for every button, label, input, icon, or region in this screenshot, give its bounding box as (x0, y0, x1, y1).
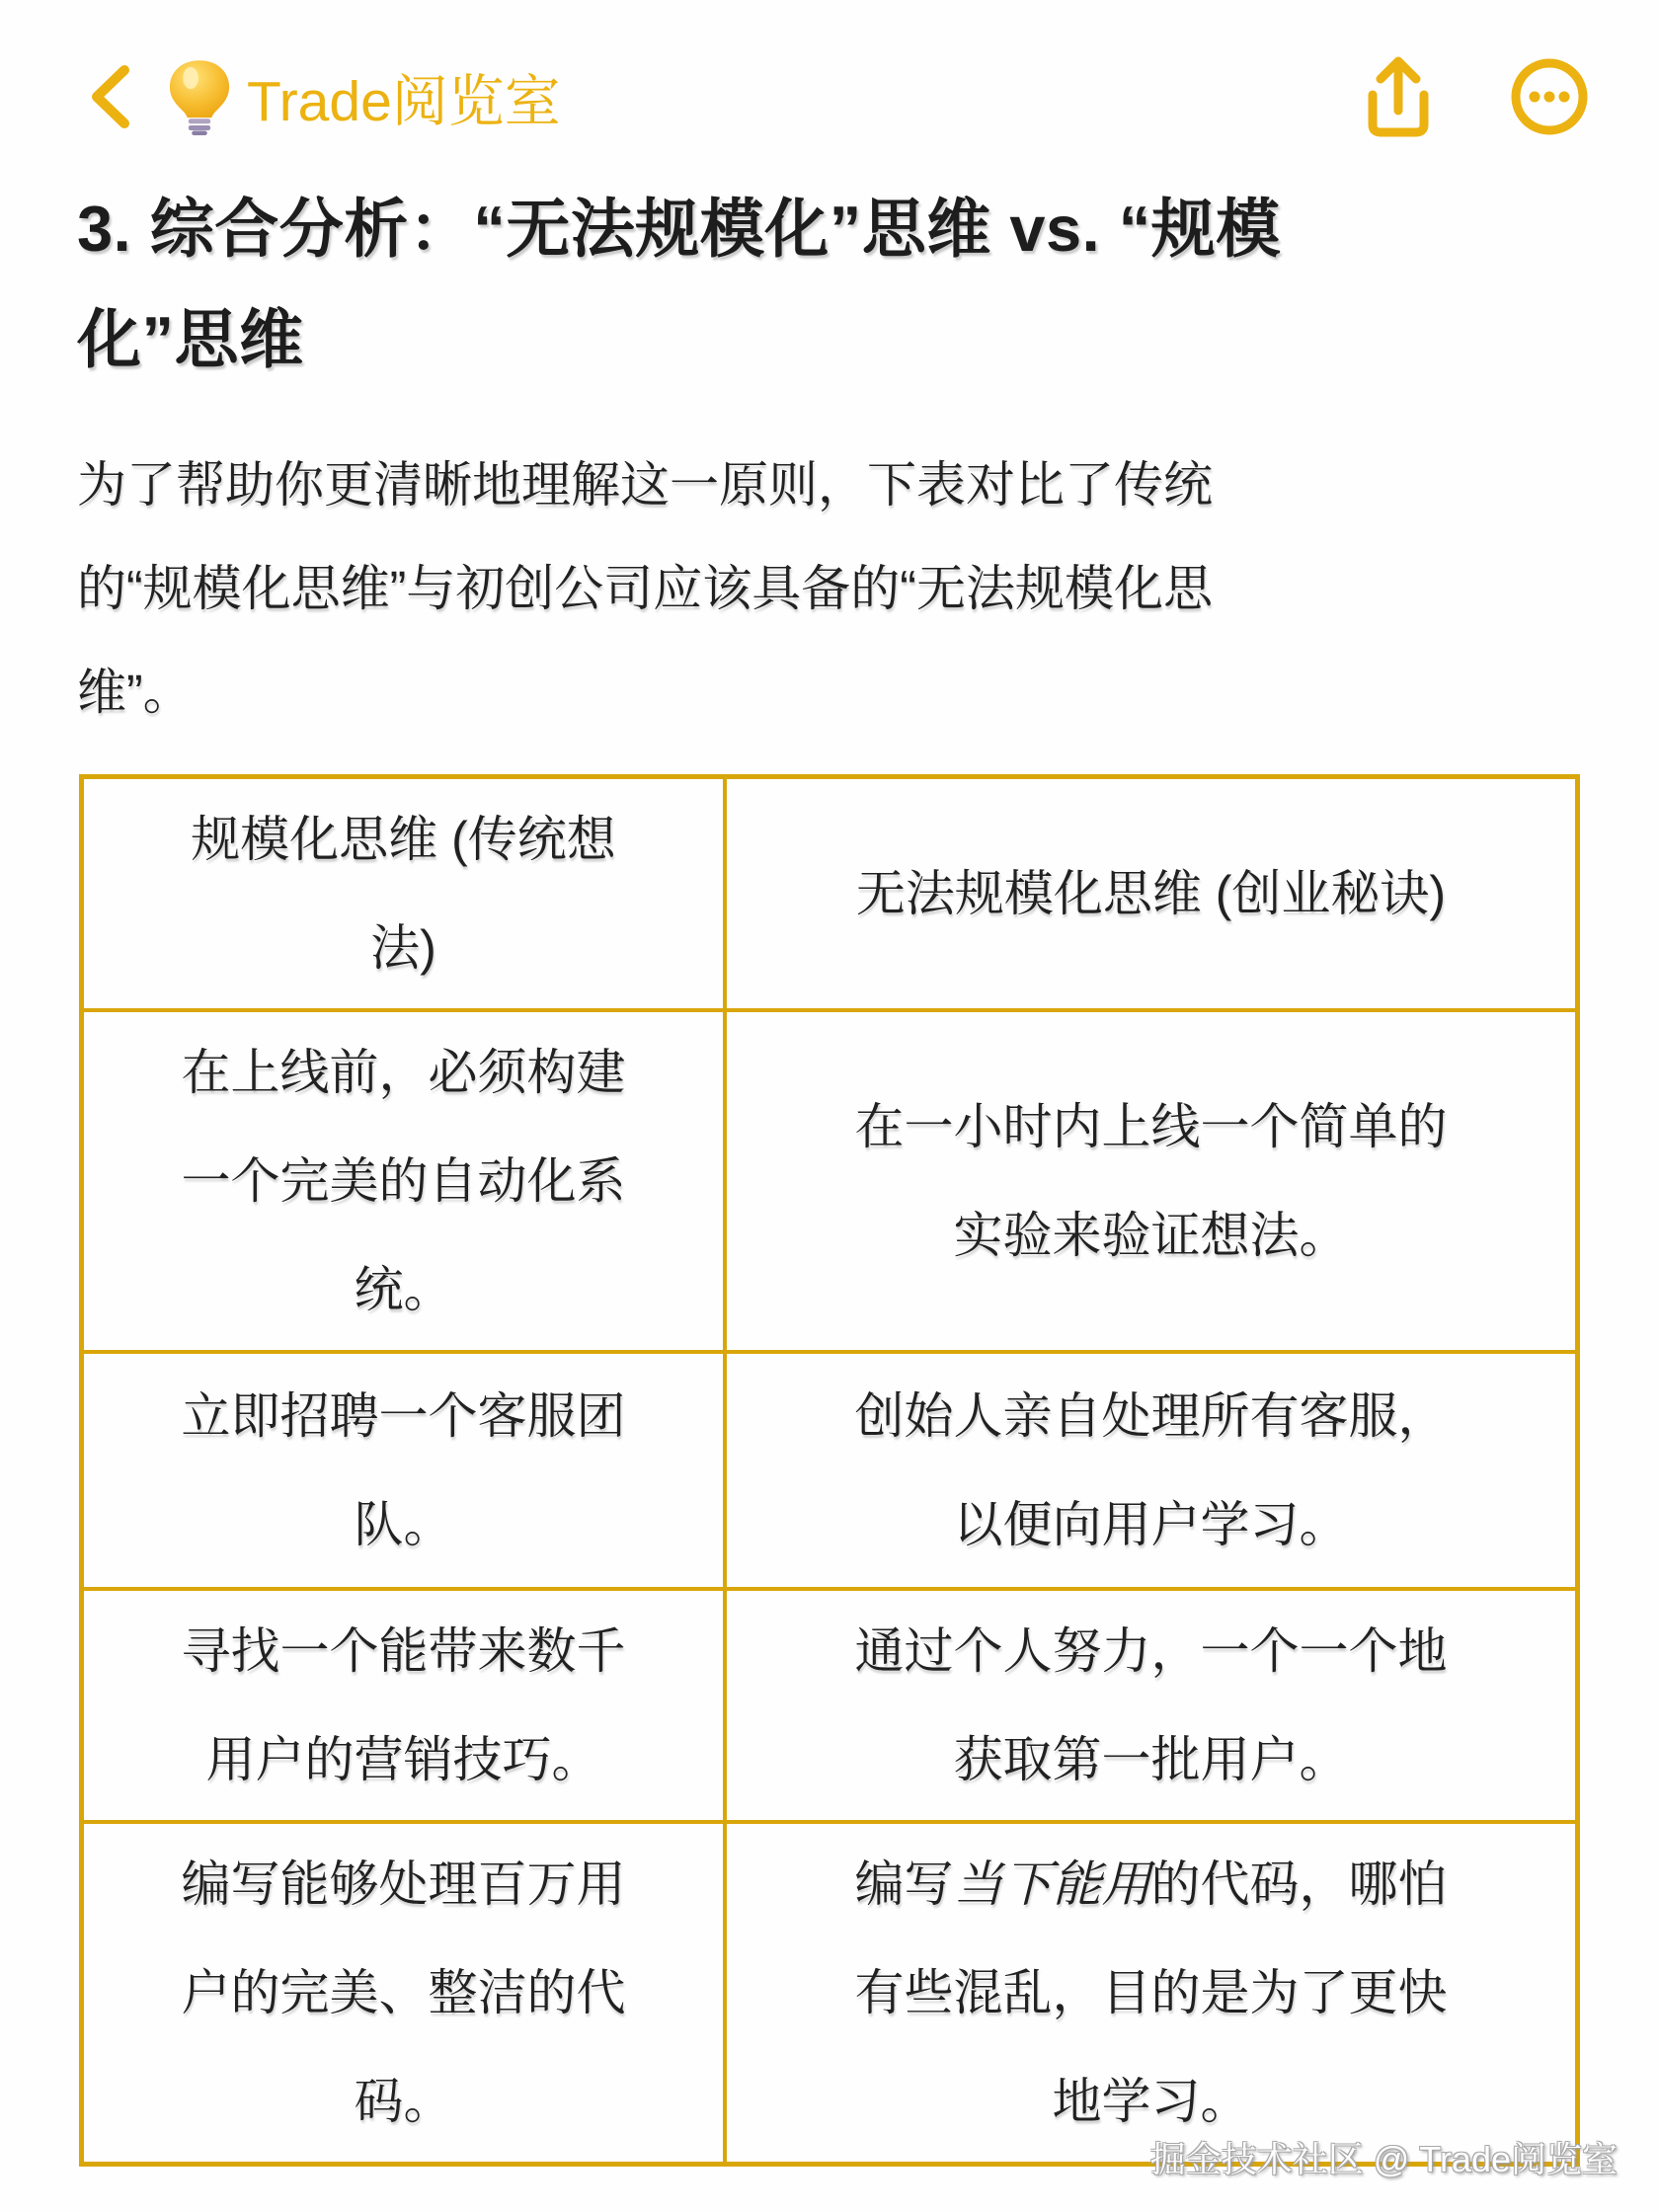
table-cell-left: 立即招聘一个客服团 队。 (82, 1352, 725, 1589)
table-row: 寻找一个能带来数千 用户的营销技巧。 通过个人努力，一个一个地 获取第一批用户。 (82, 1589, 1578, 1822)
table-header-row: 规模化思维 (传统想 法) 无法规模化思维 (创业秘诀) (82, 777, 1578, 1011)
chevron-left-icon (87, 63, 134, 130)
table-header-cell-unscalable: 无法规模化思维 (创业秘诀) (725, 777, 1578, 1011)
nav-actions (1361, 53, 1590, 140)
share-button[interactable] (1361, 53, 1436, 140)
channel-title: Trade阅览室 (247, 56, 561, 137)
lightbulb-icon (164, 58, 235, 135)
article-page: Trade阅览室 3. 综合分析：“无法规模化”思维 vs. “规 (0, 0, 1659, 2167)
watermark: 掘金技术社区 @ Trade阅览室 (1150, 2132, 1618, 2182)
comparison-table: 规模化思维 (传统想 法) 无法规模化思维 (创业秘诀) 在上线前，必须构建 一… (79, 774, 1580, 2167)
table-header-cell-scalable: 规模化思维 (传统想 法) (82, 777, 725, 1011)
share-icon (1361, 53, 1436, 140)
table-cell-right: 编写当下能用的代码，哪怕 有些混乱，目的是为了更快 地学习。 (725, 1822, 1578, 2165)
table-cell-right: 创始人亲自处理所有客服， 以便向用户学习。 (725, 1352, 1578, 1589)
more-options-icon (1509, 56, 1590, 137)
table-row: 编写能够处理百万用 户的完美、整洁的代 码。 编写当下能用的代码，哪怕 有些混乱… (82, 1822, 1578, 2165)
more-button[interactable] (1509, 56, 1590, 137)
table-cell-right: 在一小时内上线一个简单的 实验来验证想法。 (725, 1010, 1578, 1352)
article-intro: 为了帮助你更清晰地理解这一原则，下表对比了传统 的“规模化思维”与初创公司应该具… (77, 434, 1582, 745)
nav-bar: Trade阅览室 (0, 0, 1659, 144)
table-cell-right: 通过个人努力，一个一个地 获取第一批用户。 (725, 1589, 1578, 1822)
back-button[interactable] (87, 63, 134, 130)
cell-text-italic: 当下能用 (953, 1856, 1150, 1912)
table-cell-left: 编写能够处理百万用 户的完美、整洁的代 码。 (82, 1822, 725, 2165)
article-heading: 3. 综合分析：“无法规模化”思维 vs. “规模 化”思维 (77, 174, 1582, 395)
cell-text: 编写 (854, 1856, 953, 1912)
table-row: 立即招聘一个客服团 队。 创始人亲自处理所有客服， 以便向用户学习。 (82, 1352, 1578, 1589)
table-cell-left: 在上线前，必须构建 一个完美的自动化系 统。 (82, 1010, 725, 1352)
table-cell-left: 寻找一个能带来数千 用户的营销技巧。 (82, 1589, 725, 1822)
table-row: 在上线前，必须构建 一个完美的自动化系 统。 在一小时内上线一个简单的 实验来验… (82, 1010, 1578, 1352)
